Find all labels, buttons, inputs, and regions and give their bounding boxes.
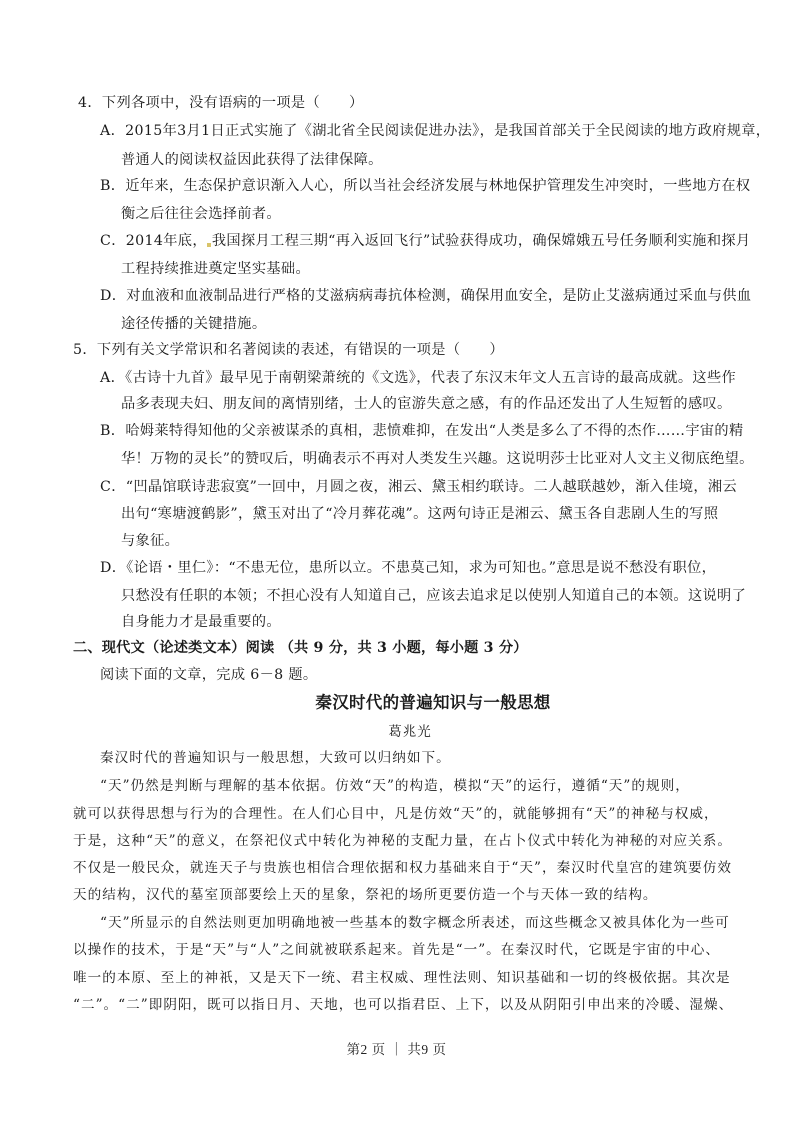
question-4-option-a: A．2015年3月1日正式实施了《湖北省全民阅读促进办法》，是我国首部关于全民阅…: [100, 121, 770, 141]
option-c-prefix: C．2014年底，: [100, 233, 207, 249]
question-4-option-b-cont: 衡之后往往会选择前者。: [121, 204, 281, 224]
article-line-9: 唯一的本原、至上的神祇，又是天下一统、君主权威、理性法则、知识基础和一切的终极依…: [73, 968, 731, 988]
option-c-text: 我国探月工程三期“再入返回飞行”试验获得成功，确保嫦娥五号任务顺利实施和探月: [212, 233, 751, 249]
question-5-stem: 5．下列有关文学常识和名著阅读的表述，有错误的一项是（ ）: [73, 340, 504, 360]
article-line-7: “天”所显示的自然法则更加明确地被一些基本的数字概念所表述，而这些概念又被具体化…: [100, 913, 730, 933]
article-line-8: 以操作的技术，于是“天”与“人”之间就被联系起来。首先是“一”。在秦汉时代，它既…: [73, 940, 720, 960]
article-title: 秦汉时代的普遍知识与一般思想: [0, 693, 793, 713]
question-4-option-c-cont: 工程持续推进奠定坚实基础。: [121, 259, 310, 279]
question-5-option-c: C．“凹晶馆联诗悲寂寞”一回中，月圆之夜，湘云、黛玉相约联诗。二人越联越妙，渐入…: [100, 477, 737, 497]
section-heading: 二、现代文（论述类文本）阅读 （共 9 分，共 3 小题，每小题 3 分）: [73, 638, 528, 658]
article-line-4: 于是，这种“天”的意义，在祭祀仪式中转化为神秘的支配力量，在占卜仪式中转化为神秘…: [73, 831, 732, 851]
article-line-2: “天”仍然是判断与理解的基本依据。仿效“天”的构造，模拟“天”的运行，遵循“天”…: [100, 776, 690, 796]
question-4-option-b: B．近年来，生态保护意识渐入人心，所以当社会经济发展与林地保护管理发生冲突时，一…: [100, 176, 750, 196]
article-line-3: 就可以获得思想与行为的合理性。在人们心目中，凡是仿效“天”的，就能够拥有“天”的…: [73, 804, 719, 824]
article-line-5: 不仅是一般民众，就连天子与贵族也相信合理依据和权力基础来自于“天”，秦汉时代皇宫…: [73, 858, 732, 878]
article-line-6: 天的结构，汉代的墓室顶部要绘上天的星象，祭祀的场所更要仿造一个与天体一致的结构。: [73, 885, 658, 905]
article-author: 葛兆光: [0, 722, 793, 742]
section-instruction: 阅读下面的文章，完成 6－8 题。: [100, 665, 317, 685]
question-5-option-b-cont: 华！万物的灵长”的赞叹后，明确表示不再对人类发生兴趣。这说明莎士比亚对人文主义彻…: [121, 449, 754, 469]
question-4-option-a-cont: 普通人的阅读权益因此获得了法律保障。: [121, 150, 383, 170]
question-5-option-d: D．《论语・里仁》：“不患无位，患所以立。不患莫己知，求为可知也。”意思是说不愁…: [100, 558, 716, 578]
article-line-1: 秦汉时代的普遍知识与一般思想，大致可以归纳如下。: [100, 748, 451, 768]
question-5-option-a: A．《古诗十九首》最早见于南朝梁萧统的《文选》，代表了东汉末年文人五言诗的最高成…: [100, 368, 736, 388]
highlight-mark-icon: [207, 243, 211, 247]
question-5-option-c-cont-2: 与象征。: [121, 531, 179, 551]
question-4-option-d: D．对血液和血液制品进行严格的艾滋病病毒抗体检测，确保用血安全，是防止艾滋病通过…: [100, 286, 751, 306]
page-footer: 第2 页 ｜ 共9 页: [0, 1038, 793, 1058]
question-4-option-d-cont: 途径传播的关键措施。: [121, 314, 266, 334]
question-5-option-d-cont-1: 只愁没有任职的本领；不担心没有人知道自己，应该去追求足以使别人知道自己的本领。这…: [121, 586, 746, 606]
question-5-option-a-cont: 品多表现夫妇、朋友间的离情别绪，士人的宦游失意之感，有的作品还发出了人生短暂的感…: [121, 394, 732, 414]
question-5-option-c-cont-1: 出句“寒塘渡鹤影”，黛玉对出了“冷月葬花魂”。这两句诗正是湘云、黛玉各自悲剧人生…: [121, 504, 718, 524]
article-line-10: “二”。“二”即阴阳，既可以指日月、天地，也可以指君臣、上下，以及从阴阳引申出来…: [73, 995, 733, 1015]
question-4-option-c: C．2014年底，我国探月工程三期“再入返回飞行”试验获得成功，确保嫦娥五号任务…: [100, 231, 750, 251]
question-5-option-d-cont-2: 自身能力才是最重要的。: [121, 612, 281, 632]
question-4-stem: 4．下列各项中，没有语病的一项是（ ）: [78, 93, 364, 113]
exam-page: 4．下列各项中，没有语病的一项是（ ） A．2015年3月1日正式实施了《湖北省…: [0, 0, 793, 1122]
question-5-option-b: B．哈姆莱特得知他的父亲被谋杀的真相，悲愤难抑，在发出“人类是多么了不得的杰作……: [100, 421, 744, 441]
